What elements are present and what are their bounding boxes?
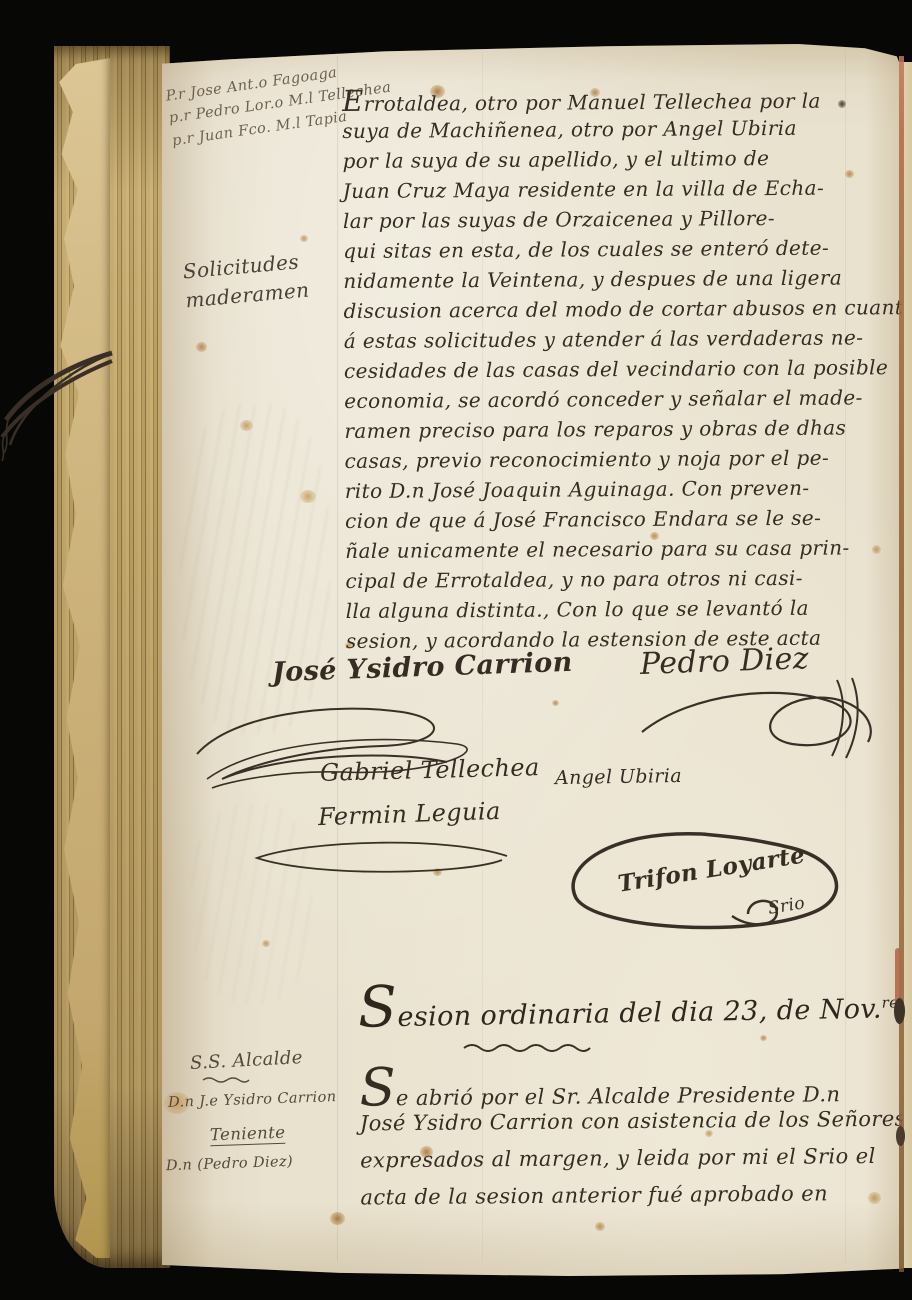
foxing-spot [330,1212,345,1225]
page-edge-line [899,56,904,1272]
edge-blob [894,998,905,1024]
margin-note-line: Teniente [210,1123,286,1147]
margin-note-line: D.n (Pedro Diez) [166,1154,294,1174]
session-heading: Sesion ordinaria del dia 23, de Nov.re [357,965,898,1040]
closing-line: expresados al margen, y leida por mi el … [360,1138,912,1180]
closing-paragraph: Se abrió por el Sr. Alcalde Presidente D… [359,1064,912,1217]
heading-wavy-underline [462,1042,594,1054]
bookmark-thread [0,325,118,465]
foxing-spot [262,940,270,947]
closing-line: acta de la sesion anterior fué aprobado … [360,1175,912,1217]
body-line: á estas solicitudes y atender á las verd… [344,322,912,356]
secretary-rubric-oval [552,826,852,946]
body-line: lar por las suyas de Orzaicenea y Pillor… [343,202,912,236]
margin-note-underline [202,1076,252,1084]
foxing-spot [240,420,253,431]
body-line: nidamente la Veintena, y despues de una … [343,262,912,296]
body-line: Errotaldea, otro por Manuel Tellechea po… [342,82,912,116]
signature-rubric-diez [632,672,892,772]
manuscript-page: P.r Jose Ant.o Fagoaga p.r Pedro Lor.o M… [162,44,902,1276]
body-line: rito D.n José Joaquin Aguinaga. Con prev… [345,472,912,506]
foxing-spot [300,490,316,503]
margin-note-line: S.S. Alcalde [190,1047,304,1074]
closing-line: Se abrió por el Sr. Alcalde Presidente D… [359,1064,912,1106]
foxing-spot [552,700,559,706]
signature-rubric-leguia [247,836,522,886]
body-line: ñale unicamente el necesario para su cas… [345,532,912,566]
body-line: suya de Machiñenea, otro por Angel Ubiri… [342,112,912,146]
body-line: ramen preciso para los reparos y obras d… [344,412,912,446]
body-line: discusion acerca del modo de cortar abus… [343,292,912,326]
body-line: lla alguna distinta., Con lo que se leva… [346,592,912,626]
session-heading-text: Sesion ordinaria del dia 23, de Nov. [358,994,882,1034]
body-line: casas, previo reconocimiento y noja por … [345,442,912,476]
body-line: cipal de Errotaldea, y no para otros ni … [345,562,912,596]
signature-gabriel-tellechea: Gabriel Tellechea [320,753,540,787]
closing-line: José Ysidro Carrion con asistencia de lo… [360,1101,912,1143]
body-line: cesidades de las casas del vecindario co… [344,352,912,386]
body-line: por la suya de su apellido, y el ultimo … [342,142,912,176]
body-paragraph: Errotaldea, otro por Manuel Tellechea po… [342,82,912,656]
foxing-spot [300,235,308,242]
scanned-manuscript-photo: P.r Jose Ant.o Fagoaga p.r Pedro Lor.o M… [0,0,912,1300]
foxing-spot [595,1222,605,1231]
edge-blob [896,1126,905,1146]
body-line: qui sitas en esta, de los cuales se ente… [343,232,912,266]
ink-bleedthrough [192,804,312,1004]
margin-note-line: D.n J.e Ysidro Carrion [168,1089,337,1111]
body-line: Juan Cruz Maya residente en la villa de … [343,172,912,206]
signature-angel-ubiria: Angel Ubiria [555,765,682,789]
foxing-spot [196,342,207,352]
foxing-spot [760,1035,767,1041]
body-line: cion de que á José Francisco Endara se l… [345,502,912,536]
margin-heading-solicitudes: Solicitudes maderamen [182,247,311,316]
body-line: economia, se acordó conceder y señalar e… [344,382,912,416]
signature-fermin-leguia: Fermin Leguia [318,797,502,831]
